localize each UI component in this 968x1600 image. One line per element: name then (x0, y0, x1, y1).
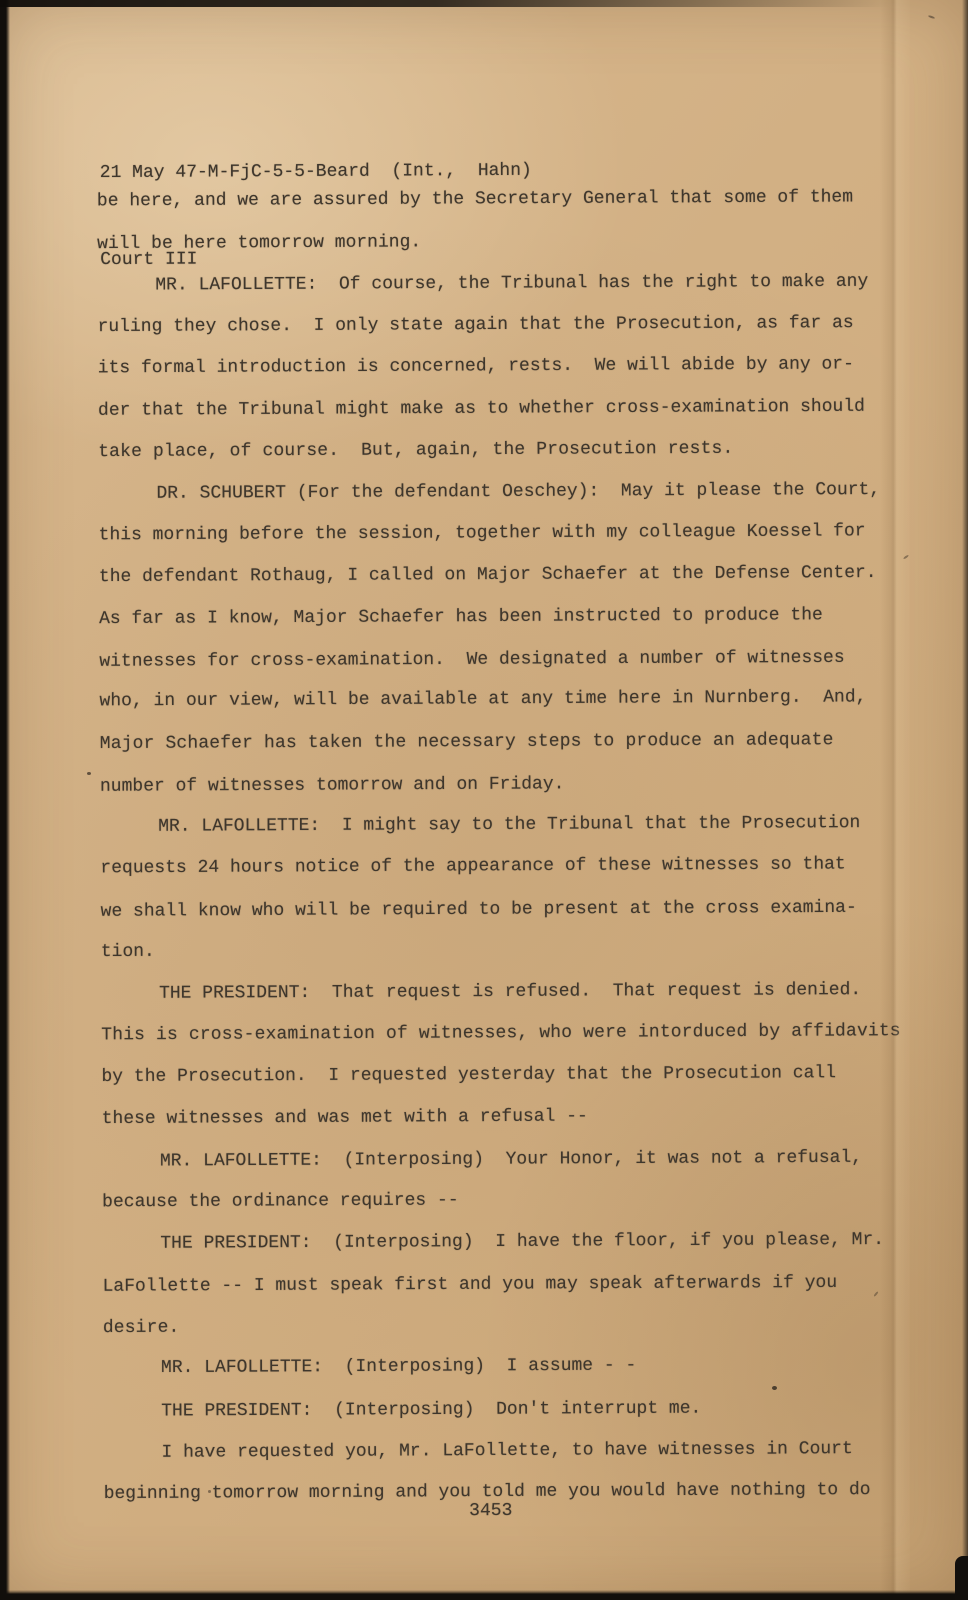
transcript-line: LaFollette -- I must speak first and you… (102, 1262, 932, 1308)
scanned-page: 21 May 47-M-FjC-5-5-Beard (Int., Hahn) C… (0, 0, 968, 1600)
transcript-line: desire. (103, 1303, 933, 1349)
transcript-line: its formal introduction is concerned, re… (98, 344, 928, 390)
transcript-line: This is cross-examination of witnesses, … (101, 1011, 931, 1057)
ink-speck (87, 772, 91, 775)
transcript-line: because the ordinance requires -- (102, 1178, 932, 1224)
transcript-line: Major Schaefer has taken the necessary s… (100, 720, 930, 766)
transcript-line: be here, and we are assured by the Secre… (97, 177, 927, 223)
transcript-line: MR. LAFOLLETTE: I might say to the Tribu… (100, 803, 930, 849)
transcript-body: be here, and we are assured by the Secre… (97, 178, 934, 1516)
page-content: 21 May 47-M-FjC-5-5-Beard (Int., Hahn) C… (0, 0, 968, 1600)
transcript-line: take place, of course. But, again, the P… (98, 428, 928, 474)
transcript-line: number of witnesses tomorrow and on Frid… (100, 762, 930, 808)
transcript-line: THE PRESIDENT: (Interposing) I have the … (102, 1220, 932, 1266)
transcript-line: THE PRESIDENT: (Interposing) Don't inter… (103, 1387, 933, 1433)
transcript-line: THE PRESIDENT: That request is refused. … (101, 970, 931, 1016)
transcript-line: these witnesses and was met with a refus… (102, 1095, 932, 1141)
transcript-line: MR. LAFOLLETTE: Of course, the Tribunal … (97, 262, 927, 308)
transcript-line: ruling they chose. I only state again th… (97, 303, 927, 349)
transcript-line: this morning before the session, togethe… (99, 511, 929, 557)
transcript-line: tion. (101, 928, 931, 974)
transcript-line: MR. LAFOLLETTE: (Interposing) Your Honor… (102, 1137, 932, 1183)
transcript-line: will be here tomorrow morning. (97, 219, 927, 265)
transcript-line: der that the Tribunal might make as to w… (98, 387, 928, 433)
transcript-line: the defendant Rothaug, I called on Major… (99, 553, 929, 599)
ink-speck (208, 1490, 211, 1493)
transcript-line: who, in our view, will be available at a… (99, 677, 929, 723)
ink-speck (772, 1386, 777, 1390)
transcript-line: by the Prosecution. I requested yesterda… (101, 1053, 931, 1099)
transcript-line: DR. SCHUBERT (For the defendant Oeschey)… (98, 470, 928, 516)
transcript-line: requests 24 hours notice of the appearan… (100, 844, 930, 890)
transcript-line: witnesses for cross-examination. We desi… (99, 637, 929, 683)
page-number: 3453 (7, 1496, 968, 1525)
transcript-line: MR. LAFOLLETTE: (Interposing) I assume -… (103, 1344, 933, 1390)
transcript-line: As far as I know, Major Schaefer has bee… (99, 595, 929, 641)
transcript-line: I have requested you, Mr. LaFollette, to… (103, 1428, 933, 1474)
transcript-line: we shall know who will be required to be… (101, 887, 931, 933)
